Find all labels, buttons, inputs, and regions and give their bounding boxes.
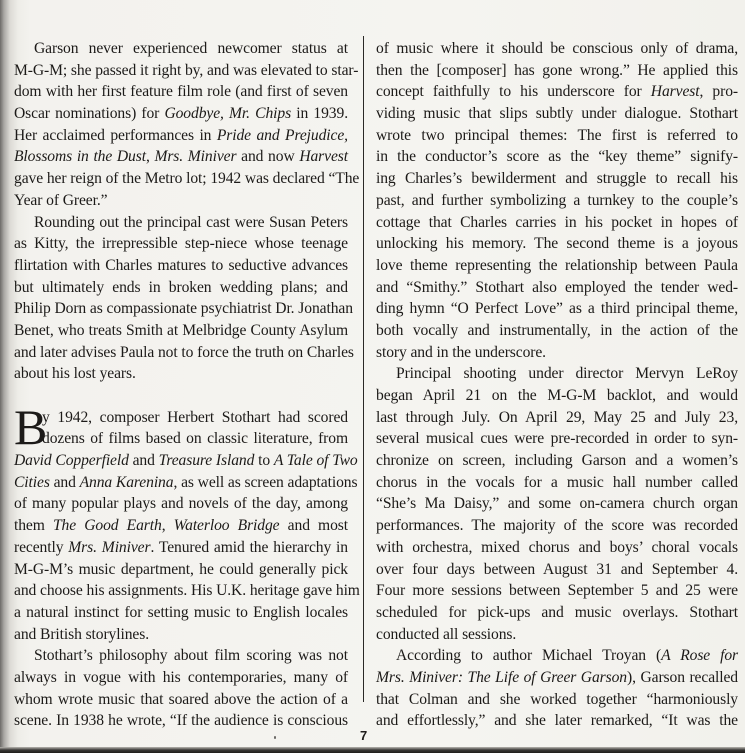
text-line: then the [composer] has gone wrong.” He … — [376, 60, 738, 82]
text-line: chorus in the vocals for a music hall nu… — [376, 472, 738, 494]
text-line: whom wrote music that soared above the a… — [14, 689, 348, 711]
paper-speck — [274, 736, 276, 739]
text-line: but ultimately ends in broken wedding pl… — [14, 277, 348, 299]
text-line: as Kitty, the irrepressible step-niece w… — [14, 233, 348, 255]
text-line: that Colman and she worked together “har… — [376, 689, 738, 711]
paragraph-group-cast: Garson never experienced newcomer status… — [14, 38, 348, 385]
text-line: conducted all sessions. — [376, 624, 738, 646]
text-line: and British storylines. — [14, 624, 348, 646]
text-line: always in vogue with his contemporaries,… — [14, 667, 348, 689]
text-line: flirtation with Charles matures to seduc… — [14, 255, 348, 277]
paragraph-group-score: of music where it should be conscious on… — [376, 38, 738, 732]
text-line: David Copperfield and Treasure Island to… — [14, 450, 348, 472]
text-line: cottage that Charles carries in his pock… — [376, 212, 738, 234]
text-line: Benet, who treats Smith at Melbridge Cou… — [14, 320, 348, 342]
left-column: Garson never experienced newcomer status… — [14, 38, 348, 732]
text-line: M-G-M’s music department, he could gener… — [14, 559, 348, 581]
text-line: with orchestra, mixed chorus and boys’ c… — [376, 537, 738, 559]
text-line: “She’s Ma Daisy,” and some on-camera chu… — [376, 493, 738, 515]
text-line: several musical cues were pre-recorded i… — [376, 428, 738, 450]
paper-speck — [206, 718, 208, 721]
text-line: wrote two principal themes: The first is… — [376, 125, 738, 147]
section-stothart: B y 1942, composer Herbert Stothart had … — [14, 407, 348, 732]
text-line: a natural instinct for setting music to … — [14, 602, 348, 624]
text-line: Garson never experienced newcomer status… — [14, 38, 348, 60]
text-line: love theme representing the relationship… — [376, 255, 738, 277]
text-line: last through July. On April 29, May 25 a… — [376, 407, 738, 429]
text-line: Cities and Anna Karenina, as well as scr… — [14, 472, 348, 494]
text-line: According to author Michael Troyan (A Ro… — [376, 645, 738, 667]
section-break — [14, 385, 348, 407]
text-line: dom with her first feature film role (an… — [14, 81, 348, 103]
page-number: 7 — [360, 728, 367, 743]
text-line: about his lost years. — [14, 363, 348, 385]
text-line: Four more sessions between September 5 a… — [376, 580, 738, 602]
text-line: of music where it should be conscious on… — [376, 38, 738, 60]
text-line: Blossoms in the Dust, Mrs. Miniver and n… — [14, 146, 348, 168]
column-divider — [363, 36, 364, 702]
text-line: over four days between August 31 and Sep… — [376, 559, 738, 581]
text-line: chronize on screen, including Garson and… — [376, 450, 738, 472]
text-line: y 1942, composer Herbert Stothart had sc… — [14, 407, 348, 429]
text-line: and choose his assignments. His U.K. her… — [14, 580, 348, 602]
text-line: concept faithfully to his underscore for… — [376, 81, 738, 103]
text-line: unlocking his memory. The second theme i… — [376, 233, 738, 255]
book-page: Garson never experienced newcomer status… — [0, 0, 745, 753]
right-column: of music where it should be conscious on… — [376, 38, 738, 732]
text-line: Oscar nominations) for Goodbye, Mr. Chip… — [14, 103, 348, 125]
text-line: Stothart’s philosophy about film scoring… — [14, 645, 348, 667]
text-line: performances. The majority of the score … — [376, 515, 738, 537]
text-line: scheduled for pick-ups and music overlay… — [376, 602, 738, 624]
page-bottom-edge — [0, 747, 745, 753]
text-line: Principal shooting under director Mervyn… — [376, 363, 738, 385]
text-line: them The Good Earth, Waterloo Bridge and… — [14, 515, 348, 537]
text-line: Her acclaimed performances in Pride and … — [14, 125, 348, 147]
text-line: began April 21 on the M-G-M backlot, and… — [376, 385, 738, 407]
text-line: and “Smithy.” Stothart also employed the… — [376, 277, 738, 299]
text-line: Mrs. Miniver: The Life of Greer Garson),… — [376, 667, 738, 689]
text-line: Year of Greer.” — [14, 190, 348, 212]
text-line: viding music that slips subtly under dia… — [376, 103, 738, 125]
paragraph-group-stothart: y 1942, composer Herbert Stothart had sc… — [14, 407, 348, 732]
text-line: and later advises Paula not to force the… — [14, 342, 348, 364]
text-line: in the conductor’s score as the “key the… — [376, 146, 738, 168]
text-line: ding hymn “O Perfect Love” as a third pr… — [376, 298, 738, 320]
text-line: both vocally and instrumentally, in the … — [376, 320, 738, 342]
text-line: and effortlessly,” and she later remarke… — [376, 710, 738, 732]
text-line: recently Mrs. Miniver. Tenured amid the … — [14, 537, 348, 559]
text-line: scene. In 1938 he wrote, “If the audienc… — [14, 710, 348, 732]
text-line: past, and further symbolizing a turnkey … — [376, 190, 738, 212]
text-line: dozens of films based on classic literat… — [14, 428, 348, 450]
text-line: ing Charles’s bewilderment and struggle … — [376, 168, 738, 190]
text-line: gave her reign of the Metro lot; 1942 wa… — [14, 168, 348, 190]
drop-cap: B — [14, 404, 47, 450]
text-line: story and in the underscore. — [376, 342, 738, 364]
text-line: Philip Dorn as compassionate psychiatris… — [14, 298, 348, 320]
text-line: Rounding out the principal cast were Sus… — [14, 212, 348, 234]
text-line: of many popular plays and novels of the … — [14, 493, 348, 515]
text-line: M-G-M; she passed it right by, and was e… — [14, 60, 348, 82]
